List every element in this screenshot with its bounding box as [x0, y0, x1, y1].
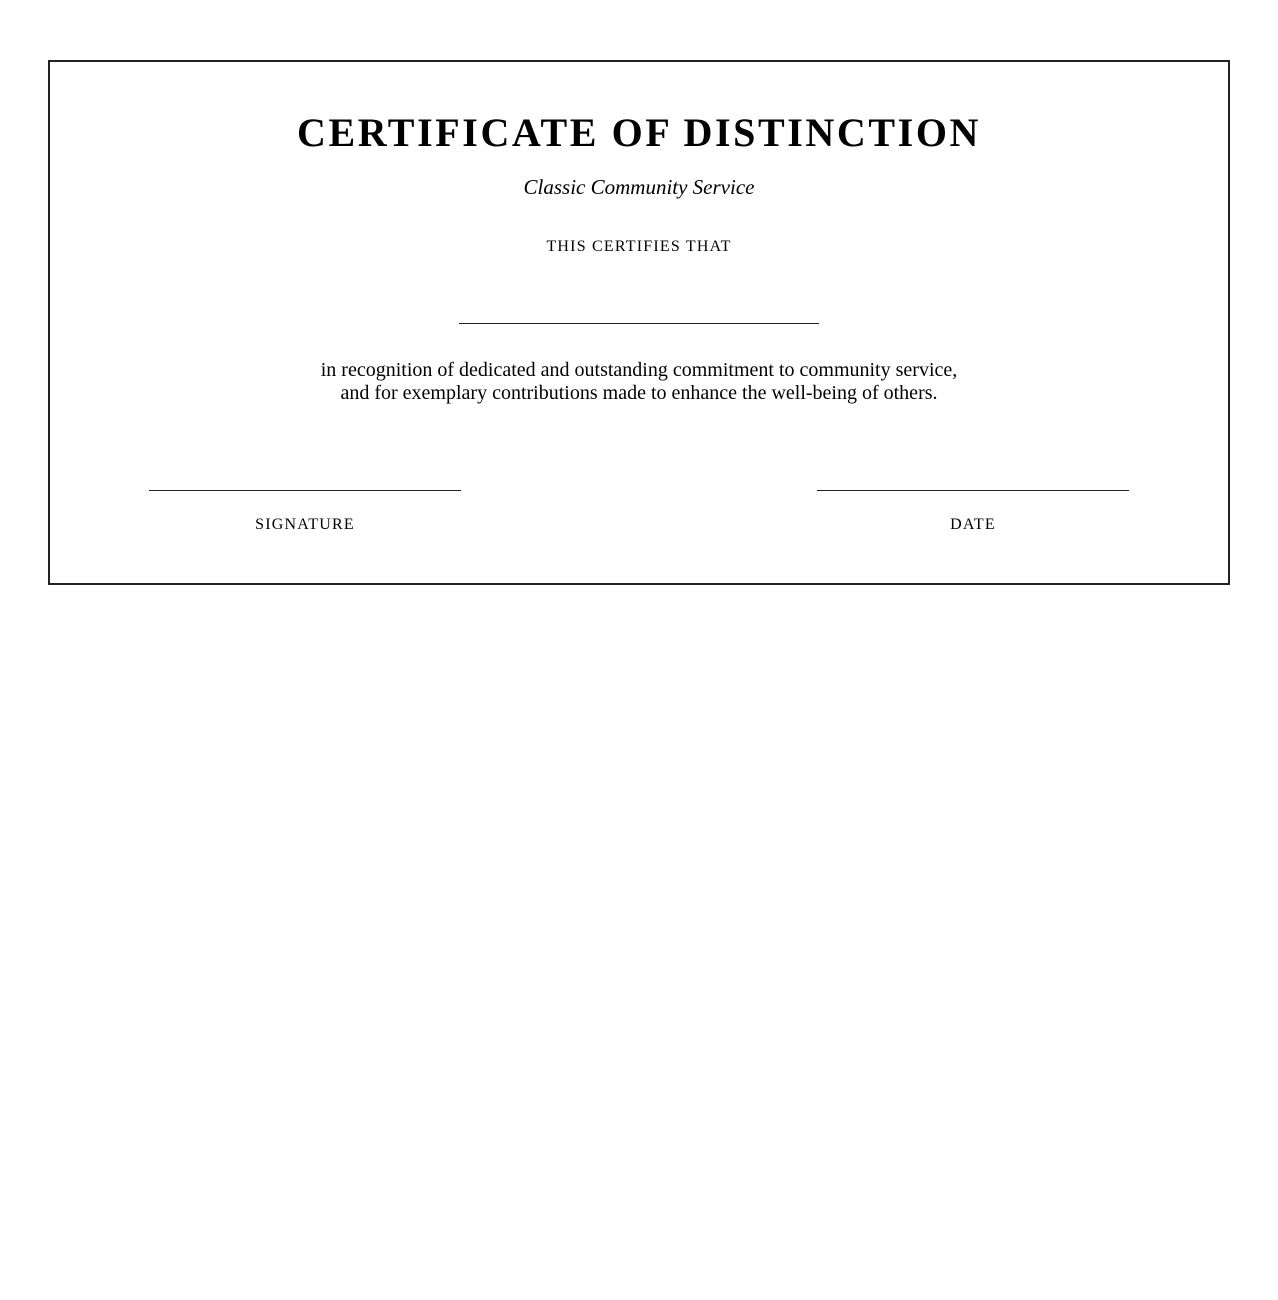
- certificate-body: in recognition of dedicated and outstand…: [50, 359, 1228, 405]
- signature-label: SIGNATURE: [149, 515, 461, 535]
- date-block: DATE: [817, 490, 1129, 535]
- body-line-1: in recognition of dedicated and outstand…: [50, 359, 1228, 382]
- signature-block: SIGNATURE: [149, 490, 461, 535]
- body-line-2: and for exemplary contributions made to …: [50, 382, 1228, 405]
- certifies-label: THIS CERTIFIES THAT: [50, 237, 1228, 257]
- date-line: [817, 490, 1129, 491]
- date-label: DATE: [817, 515, 1129, 535]
- signature-line: [149, 490, 461, 491]
- certificate-title: CERTIFICATE OF DISTINCTION: [50, 110, 1228, 156]
- certificate: CERTIFICATE OF DISTINCTION Classic Commu…: [48, 60, 1230, 585]
- certificate-subtitle: Classic Community Service: [50, 174, 1228, 200]
- recipient-name-line: [459, 323, 819, 324]
